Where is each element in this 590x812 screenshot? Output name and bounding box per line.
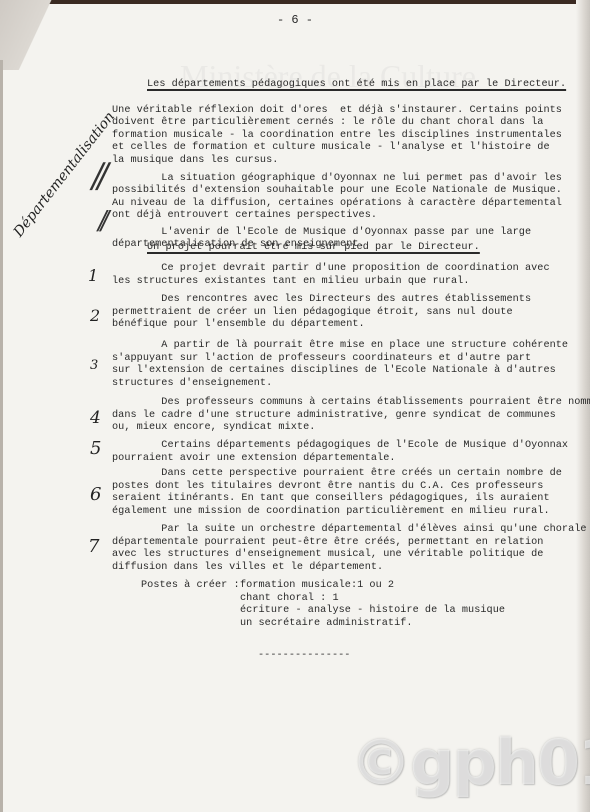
text-line: pourraient avoir une extension départeme… <box>112 453 568 466</box>
postes-entry: formation musicale:1 ou 2 <box>240 580 505 593</box>
text-line: Dans cette perspective pourraient être c… <box>112 468 562 481</box>
handwritten-number: 6 <box>90 484 101 505</box>
text-line: seraient itinérants. En tant que conseil… <box>112 493 562 506</box>
postes-entry: chant choral : 1 <box>240 593 505 606</box>
list-item: Des professeurs communs à certains établ… <box>112 397 590 435</box>
postes-list: formation musicale:1 ou 2chant choral : … <box>240 580 505 630</box>
handwritten-number: 3 <box>90 358 98 373</box>
postes-entry: écriture - analyse - histoire de la musi… <box>240 605 505 618</box>
text-line: La situation géographique d'Oyonnax ne l… <box>112 173 562 186</box>
text-line: Par la suite un orchestre départemental … <box>112 524 587 537</box>
handwritten-number: 2 <box>90 306 100 325</box>
text-line: Des rencontres avec les Directeurs des a… <box>112 294 531 307</box>
text-line: A partir de là pourrait être mise en pla… <box>112 340 568 353</box>
list-item: Certains départements pédagogiques de l'… <box>112 440 568 465</box>
text-line: doivent être particulièrement cernés : l… <box>112 117 562 130</box>
scan-top-edge <box>0 0 590 4</box>
handwritten-number: 7 <box>88 536 99 557</box>
text-line: départementale pourraient peut-être être… <box>112 537 587 550</box>
text-line: Des professeurs communs à certains établ… <box>112 397 590 410</box>
text-line: et celles de formation et culture musica… <box>112 142 562 155</box>
list-item: A partir de là pourrait être mise en pla… <box>112 340 568 390</box>
text-line: postes dont les titulaires devront être … <box>112 481 562 494</box>
text-line: sur l'extension de certaines disciplines… <box>112 365 568 378</box>
handwritten-double-bar: // <box>95 206 106 236</box>
section-heading-projet: Un projet pourrait être mis sur pied par… <box>147 242 480 255</box>
text-line: formation musicale - la coordination ent… <box>112 130 562 143</box>
text-line: bénéfique pour l'ensemble du département… <box>112 319 531 332</box>
list-item: Ce projet devrait partir d'une propositi… <box>112 263 550 288</box>
text-line: également une mission de coordination pa… <box>112 506 562 519</box>
handwritten-double-bar: // <box>88 156 106 196</box>
separator-line: --------------- <box>258 650 350 663</box>
text-line: dans le cadre d'une structure administra… <box>112 410 590 423</box>
postes-entry: un secrétaire administratif. <box>240 618 505 631</box>
postes-label: Postes à créer : <box>141 580 240 593</box>
text-line: s'appuyant sur l'action de professeurs c… <box>112 353 568 366</box>
handwritten-number: 4 <box>90 408 101 428</box>
paragraph-avenir: L'avenir de l'Ecole de Musique d'Oyonnax… <box>112 214 531 264</box>
text-line: ou, mieux encore, syndicat mixte. <box>112 422 590 435</box>
text-line: Ce projet devrait partir d'une propositi… <box>112 263 550 276</box>
handwritten-number: 1 <box>88 266 98 285</box>
scan-corner-shadow <box>0 0 60 70</box>
text-line: les structures existantes tant en milieu… <box>112 276 550 289</box>
text-line: avec les structures d'enseignement music… <box>112 549 587 562</box>
text-line: Certains départements pédagogiques de l'… <box>112 440 568 453</box>
text-line: Au niveau de la diffusion, certaines opé… <box>112 198 562 211</box>
list-item: Des rencontres avec les Directeurs des a… <box>112 294 531 332</box>
text-line: diffusion dans les villes et le départem… <box>112 562 587 575</box>
text-line: possibilités d'extension souhaitable pou… <box>112 185 562 198</box>
text-line: Une véritable réflexion doit d'ores et d… <box>112 105 562 118</box>
handwritten-number: 5 <box>90 438 101 459</box>
scan-left-edge <box>0 60 3 812</box>
watermark: ©gph01 <box>350 726 590 799</box>
section-heading-departements: Les départements pédagogiques ont été mi… <box>147 79 566 92</box>
text-line: structures d'enseignement. <box>112 378 568 391</box>
list-item: Dans cette perspective pourraient être c… <box>112 468 562 518</box>
list-item: Par la suite un orchestre départemental … <box>112 524 587 574</box>
text-line: permettraient de créer un lien pédagogiq… <box>112 307 531 320</box>
page-number: - 6 - <box>0 13 590 27</box>
text-line: L'avenir de l'Ecole de Musique d'Oyonnax… <box>112 227 531 240</box>
